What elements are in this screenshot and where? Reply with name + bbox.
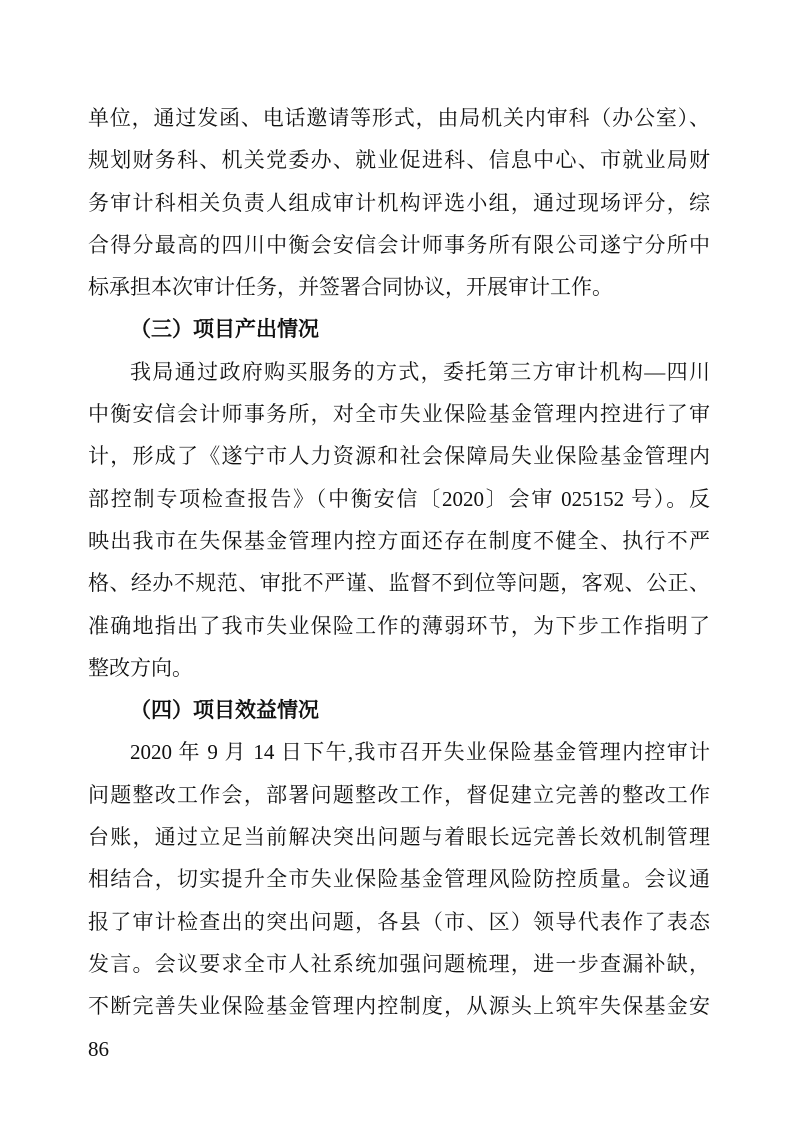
text-line: 发言。会议要求全市人社系统加强问题梳理，进一步查漏补缺，	[88, 943, 710, 985]
text-line: 2020 年 9 月 14 日下午,我市召开失业保险基金管理内控审计	[88, 731, 710, 773]
section-heading: （四）项目效益情况	[88, 689, 710, 731]
text-line: 单位，通过发函、电话邀请等形式，由局机关内审科（办公室）、	[88, 97, 710, 139]
text-line: 中衡安信会计师事务所，对全市失业保险基金管理内控进行了审	[88, 393, 710, 435]
text-line: 准确地指出了我市失业保险工作的薄弱环节，为下步工作指明了	[88, 605, 710, 647]
text-line: 问题整改工作会，部署问题整改工作，督促建立完善的整改工作	[88, 774, 710, 816]
text-line: 台账，通过立足当前解决突出问题与着眼长远完善长效机制管理	[88, 816, 710, 858]
text-line: 计，形成了《遂宁市人力资源和社会保障局失业保险基金管理内	[88, 435, 710, 477]
text-line: 报了审计检查出的突出问题，各县（市、区）领导代表作了表态	[88, 901, 710, 943]
page-number: 86	[88, 1028, 710, 1070]
text-line: 部控制专项检查报告》（中衡安信〔2020〕会审 025152 号）。反	[88, 478, 710, 520]
text-line: 格、经办不规范、审批不严谨、监督不到位等问题，客观、公正、	[88, 562, 710, 604]
text-line: 务审计科相关负责人组成审计机构评选小组，通过现场评分，综	[88, 182, 710, 224]
text-line: 不断完善失业保险基金管理内控制度，从源头上筑牢失保基金安	[88, 985, 710, 1027]
text-line: 规划财务科、机关党委办、就业促进科、信息中心、市就业局财	[88, 139, 710, 181]
section-heading: （三）项目产出情况	[88, 308, 710, 350]
text-line: 映出我市在失保基金管理内控方面还存在制度不健全、执行不严	[88, 520, 710, 562]
text-line: 合得分最高的四川中衡会安信会计师事务所有限公司遂宁分所中	[88, 224, 710, 266]
text-line: 标承担本次审计任务，并签署合同协议，开展审计工作。	[88, 266, 710, 308]
document-body: 单位，通过发函、电话邀请等形式，由局机关内审科（办公室）、规划财务科、机关党委办…	[88, 97, 710, 1070]
text-line: 相结合，切实提升全市失业保险基金管理风险防控质量。会议通	[88, 858, 710, 900]
document-page: 单位，通过发函、电话邀请等形式，由局机关内审科（办公室）、规划财务科、机关党委办…	[0, 0, 793, 1122]
text-line: 整改方向。	[88, 647, 710, 689]
text-line: 我局通过政府购买服务的方式，委托第三方审计机构—四川	[88, 351, 710, 393]
